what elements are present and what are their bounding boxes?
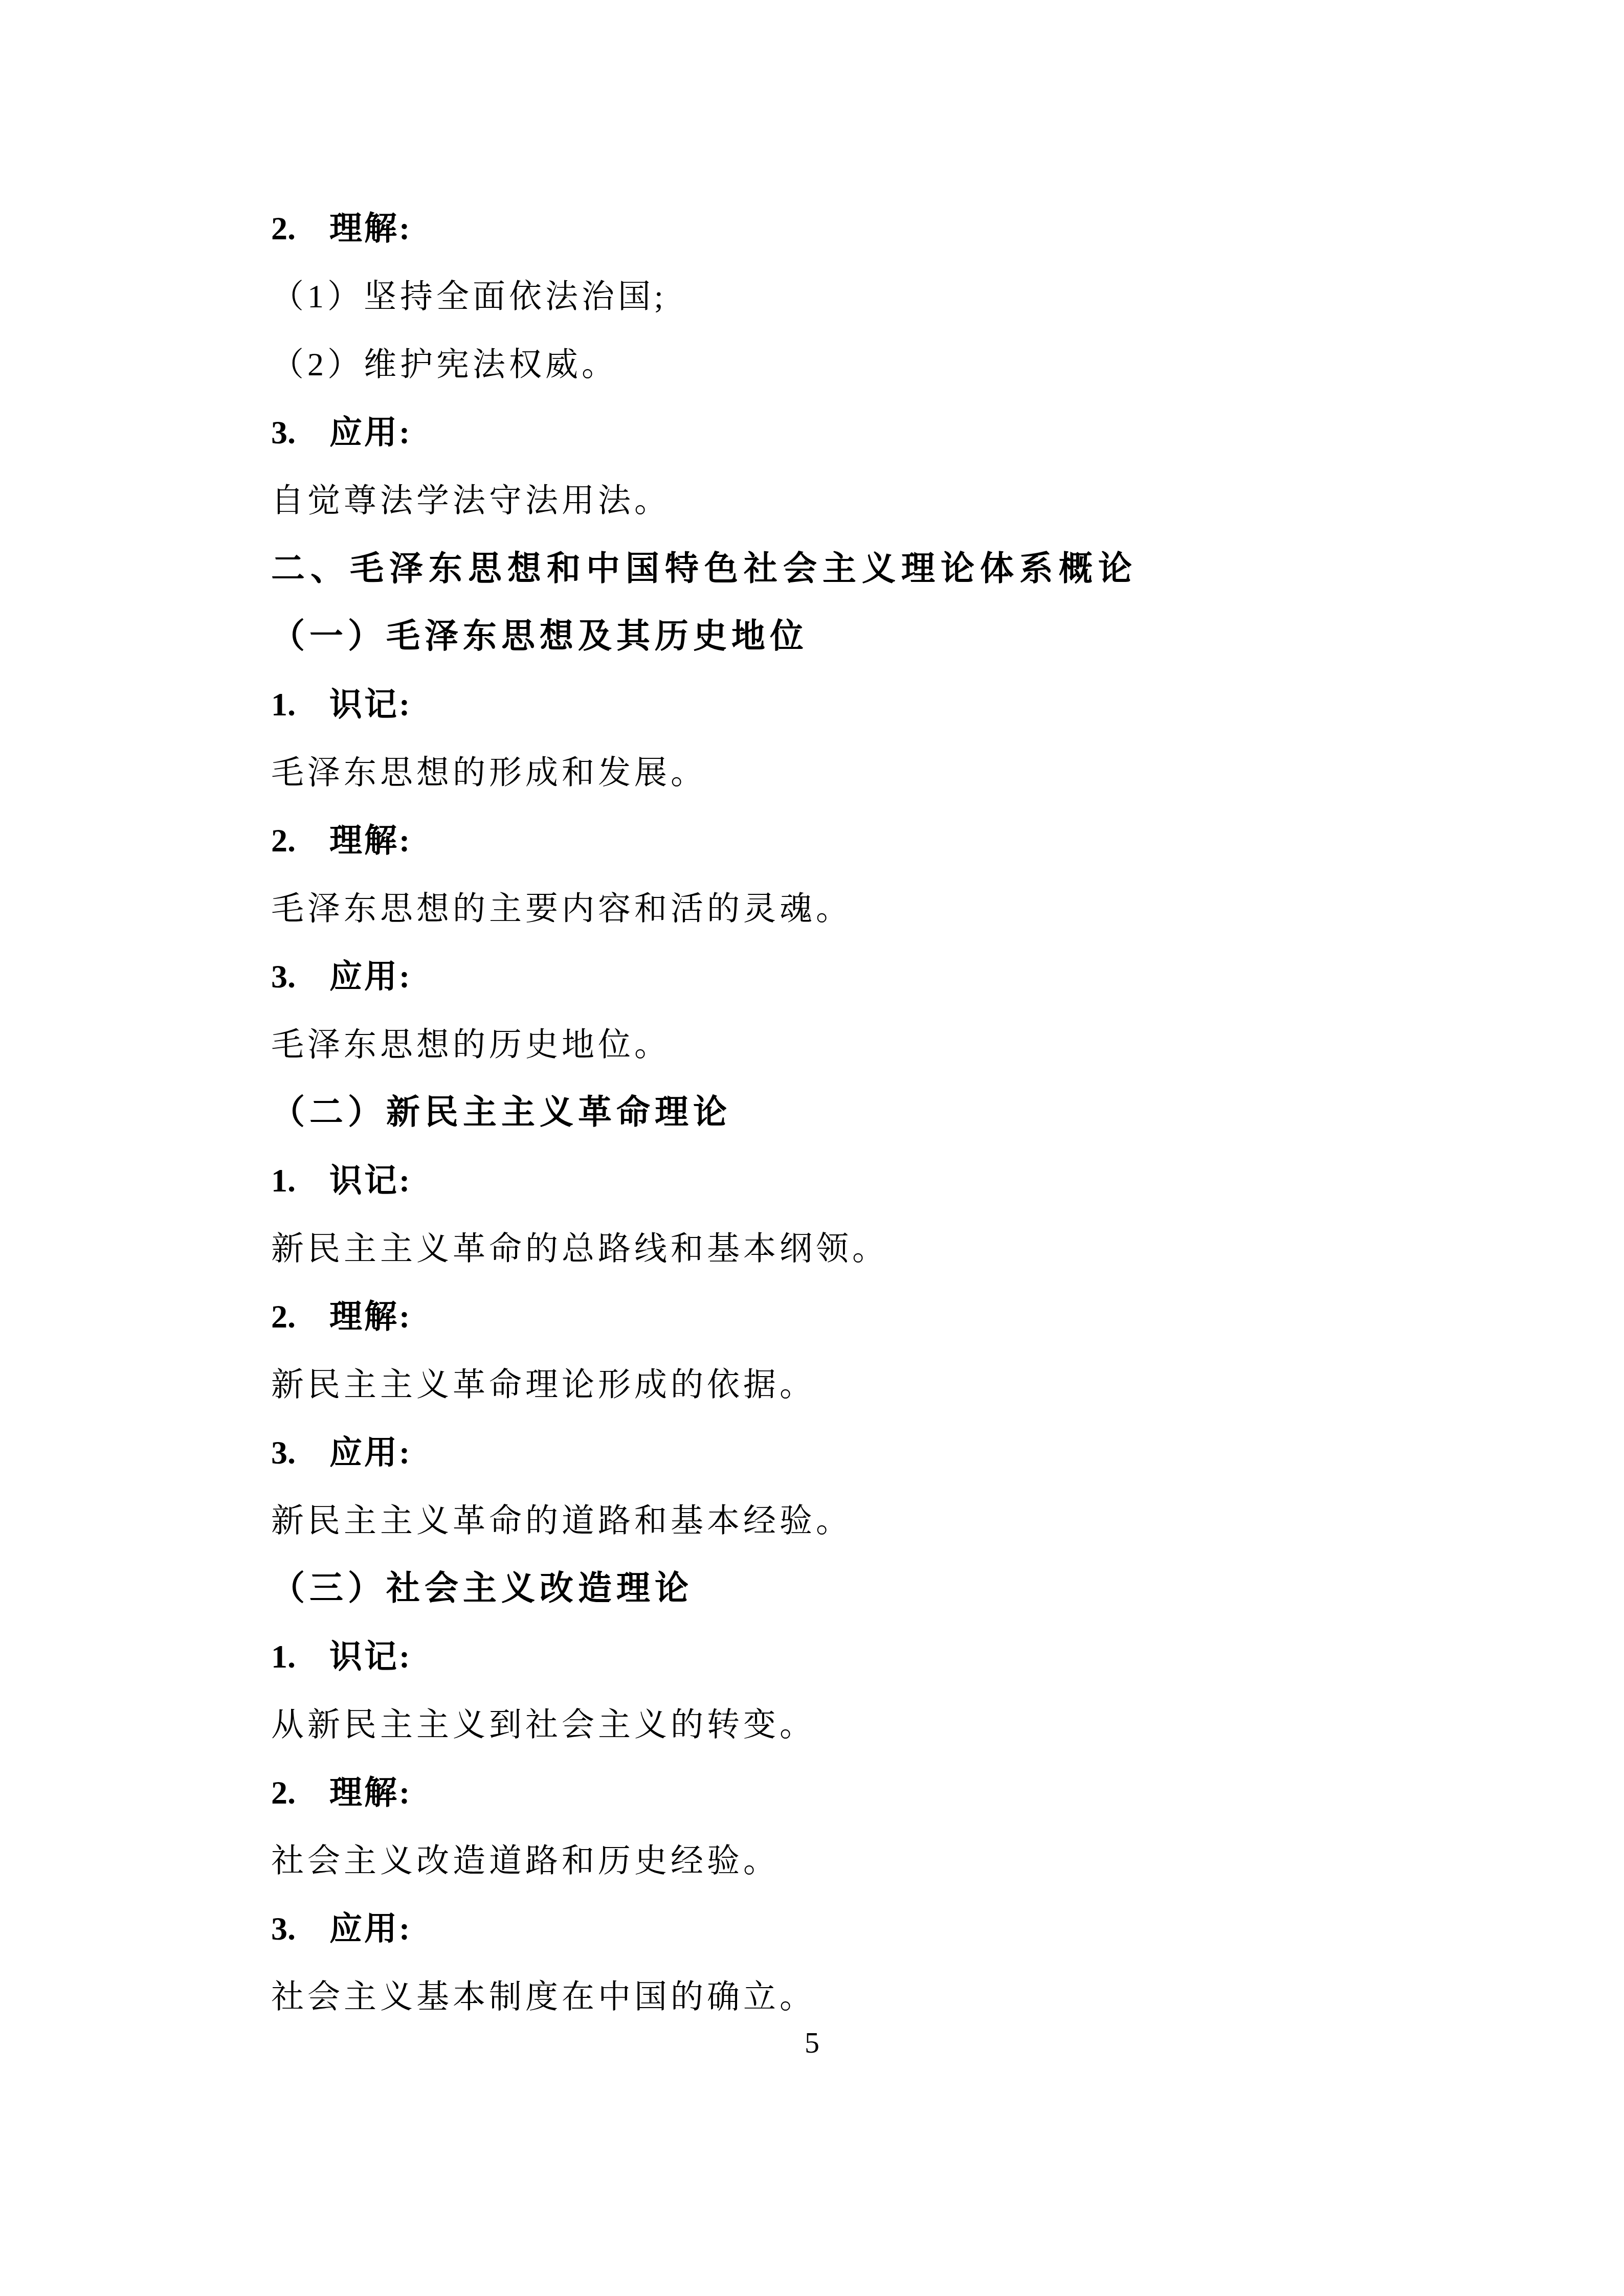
- body-text-line: 毛泽东思想的形成和发展。: [271, 738, 1624, 806]
- item-heading-line: 2.理解:: [271, 1282, 1624, 1350]
- line-text: 应用:: [329, 958, 412, 995]
- line-text: 毛泽东思想的历史地位。: [271, 1026, 671, 1063]
- item-heading-line: 2.理解:: [271, 806, 1624, 874]
- body-text-line: 新民主主义革命的道路和基本经验。: [271, 1487, 1624, 1555]
- body-text-line: 自觉尊法学法守法用法。: [271, 466, 1624, 534]
- item-number: 3.: [271, 942, 296, 1010]
- line-text: 新民主主义革命理论形成的依据。: [271, 1366, 816, 1403]
- item-number: 2.: [271, 806, 296, 874]
- page-number: 5: [0, 2020, 1624, 2066]
- line-text: 应用:: [329, 1910, 412, 1947]
- line-text: 自觉尊法学法守法用法。: [271, 482, 671, 519]
- line-text: 识记:: [329, 686, 412, 723]
- item-heading-line: 3.应用:: [271, 1895, 1624, 1963]
- item-number: 2.: [271, 194, 296, 262]
- item-heading-line: 3.应用:: [271, 398, 1624, 466]
- line-text: 识记:: [329, 1162, 412, 1199]
- line-text: 应用:: [329, 414, 412, 451]
- line-text: 识记:: [329, 1638, 412, 1675]
- line-text: 应用:: [329, 1434, 412, 1471]
- item-heading-line: 3.应用:: [271, 942, 1624, 1010]
- body-text-line: （1）坚持全面依法治国;: [271, 262, 1624, 330]
- line-text: 理解:: [329, 210, 412, 246]
- body-text-line: 新民主主义革命的总路线和基本纲领。: [271, 1214, 1624, 1282]
- item-number: 1.: [271, 670, 296, 738]
- item-number: 2.: [271, 1759, 296, 1827]
- line-text: 新民主主义革命的总路线和基本纲领。: [271, 1230, 888, 1267]
- line-text: 理解:: [329, 822, 412, 859]
- document-text-block: 2.理解: （1）坚持全面依法治国; （2）维护宪法权威。 3.应用: 自觉尊法…: [271, 194, 1624, 2031]
- line-text: （三）社会主义改造理论: [271, 1570, 693, 1607]
- body-text-line: 毛泽东思想的主要内容和活的灵魂。: [271, 874, 1624, 942]
- line-text: （2）维护宪法权威。: [271, 346, 618, 382]
- chapter-heading: 二、毛泽东思想和中国特色社会主义理论体系概论: [271, 534, 1624, 602]
- section-heading: （三）社会主义改造理论: [271, 1555, 1624, 1623]
- line-text: 从新民主主义到社会主义的转变。: [271, 1706, 816, 1743]
- line-text: 理解:: [329, 1774, 412, 1811]
- item-number: 1.: [271, 1146, 296, 1214]
- line-text: 理解:: [329, 1298, 412, 1335]
- item-heading-line: 2.理解:: [271, 1759, 1624, 1827]
- line-text: （一）毛泽东思想及其历史地位: [271, 618, 808, 655]
- line-text: （二）新民主主义革命理论: [271, 1094, 731, 1131]
- body-text-line: 从新民主主义到社会主义的转变。: [271, 1691, 1624, 1759]
- line-text: 社会主义改造道路和历史经验。: [271, 1842, 780, 1879]
- body-text-line: 新民主主义革命理论形成的依据。: [271, 1350, 1624, 1419]
- line-text: 毛泽东思想的主要内容和活的灵魂。: [271, 890, 852, 927]
- item-number: 3.: [271, 1419, 296, 1487]
- item-heading-line: 3.应用:: [271, 1419, 1624, 1487]
- body-text-line: 毛泽东思想的历史地位。: [271, 1010, 1624, 1078]
- item-number: 3.: [271, 398, 296, 466]
- line-text: 新民主主义革命的道路和基本经验。: [271, 1502, 852, 1539]
- line-text: 毛泽东思想的形成和发展。: [271, 754, 707, 791]
- line-text: 社会主义基本制度在中国的确立。: [271, 1978, 816, 2015]
- document-page: 2.理解: （1）坚持全面依法治国; （2）维护宪法权威。 3.应用: 自觉尊法…: [0, 0, 1624, 2296]
- line-text: 二、毛泽东思想和中国特色社会主义理论体系概论: [271, 549, 1138, 587]
- section-heading: （一）毛泽东思想及其历史地位: [271, 602, 1624, 670]
- item-number: 2.: [271, 1282, 296, 1350]
- item-number: 3.: [271, 1895, 296, 1963]
- item-number: 1.: [271, 1623, 296, 1691]
- body-text-line: 社会主义改造道路和历史经验。: [271, 1827, 1624, 1895]
- item-heading-line: 1.识记:: [271, 1146, 1624, 1214]
- item-heading-line: 1.识记:: [271, 1623, 1624, 1691]
- line-text: （1）坚持全面依法治国;: [271, 278, 667, 314]
- section-heading: （二）新民主主义革命理论: [271, 1078, 1624, 1146]
- item-heading-line: 1.识记:: [271, 670, 1624, 738]
- item-heading-line: 2.理解:: [271, 194, 1624, 262]
- body-text-line: （2）维护宪法权威。: [271, 330, 1624, 398]
